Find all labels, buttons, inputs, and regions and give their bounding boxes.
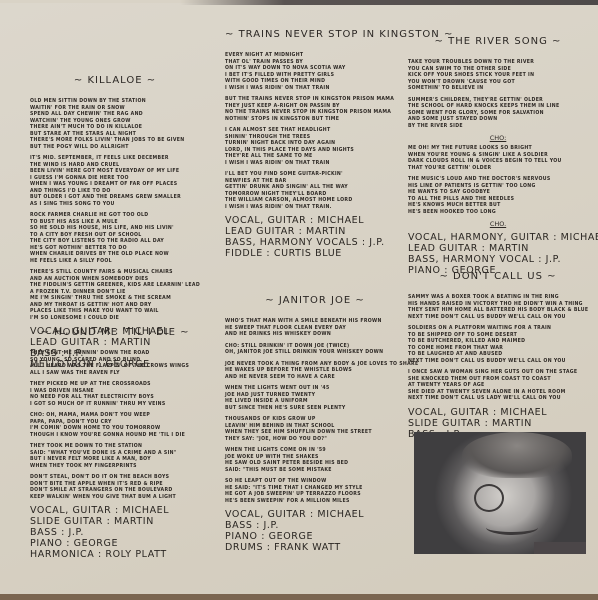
lyric-line: I wish I was ridin' on that train [225, 160, 383, 167]
photo-shirt [534, 542, 586, 554]
lyric-line: He's been hooked too long [408, 209, 566, 216]
song-killaloe: KILLALOEOld men sittin down by the stati… [30, 75, 200, 370]
lyric-line: That you're gettin' older [408, 165, 566, 172]
song-title: DON'T CALL US [408, 271, 588, 282]
credit-line: Drums : Frank Watt [225, 542, 405, 553]
lyric-line: And he never seem to have a care [225, 374, 383, 381]
lyric-line: By the river side [408, 123, 566, 130]
credit-line: Bass, Harmony Vocal : J.P. [408, 254, 588, 265]
song-title: KILLALOE [30, 75, 200, 86]
verse: Cho: Oh, mama, mama don't you weepPapa, … [30, 412, 200, 438]
verse: Rock farmer Charlie he got too oldTo bus… [30, 212, 200, 264]
credit-line: Vocal, Harmony, Guitar : Michael [408, 232, 588, 243]
verse: They took me down to the stationSaid: "W… [30, 443, 200, 469]
credit-line: Bass : J.P. [225, 520, 405, 531]
verse: When the lights went out in '45Joe had j… [225, 385, 405, 411]
lyric-line: I'm so lonesome I could die [30, 315, 180, 322]
lyric-line: Next time don't call us buddy we'll call… [408, 314, 566, 321]
lyric-line: Nothin' stops in Kingston but time [225, 116, 383, 123]
song-title: JANITOR JOE [225, 295, 405, 306]
verse: But the trains never stop in Kingston pr… [225, 96, 405, 122]
credit-line: Slide Guitar : Martin [30, 516, 200, 527]
chorus-label: CHO: [408, 134, 588, 142]
credit-line: Vocal, Guitar : Michael [225, 509, 405, 520]
lyric-line: Next time don't call us lady we'll call … [408, 395, 566, 402]
lyric-line: As I sing this song to you [30, 201, 180, 208]
verse: Me oh! my the future looks so brightWhen… [408, 145, 588, 171]
verse: Sammy was a boxer took a beating in the … [408, 294, 588, 320]
lyrics: Take your troubles down to the riverYou … [408, 59, 588, 228]
credit-line: Vocal, Guitar : Michael [225, 215, 405, 226]
lyric-sheet: KILLALOEOld men sittin down by the stati… [0, 3, 598, 595]
verse: I once saw a woman sing her guts out on … [408, 369, 588, 402]
chorus-label: CHO. [408, 220, 588, 228]
lyric-line: Oh, Janitor Joe still drinkin your whisk… [225, 349, 383, 356]
photo-hair [462, 432, 572, 478]
song-janitor-joe: JANITOR JOEWho's that man with a smile b… [225, 295, 405, 553]
lyric-line: I got so much of it runnin' thru my vein… [30, 401, 180, 408]
verse: When the lights come on in '59Joe woke u… [225, 447, 405, 473]
lyrics: They sent me runnin' down the roadSo you… [30, 350, 200, 500]
verse: They picked me up at the crossroadsI was… [30, 381, 200, 407]
credits: Vocal, Harmony, Guitar : MichaelLead Gui… [408, 232, 588, 276]
artist-photo [414, 432, 586, 554]
verse: Soldiers on a platform waiting for a tra… [408, 325, 588, 364]
verse: They sent me runnin' down the roadSo you… [30, 350, 200, 376]
lyrics: Old men sittin down by the stationWaitin… [30, 98, 200, 321]
verse: Joe never took a thing from any body & J… [225, 361, 405, 381]
credit-line: Lead Guitar : Martin [225, 226, 405, 237]
song-title: TRAINS NEVER STOP IN KINGSTON [225, 29, 405, 40]
lyric-line: I wish I was ridin' on that train. [225, 204, 383, 211]
verse: The music's loud and the doctor's nervou… [408, 176, 588, 215]
song-trains-never-stop-in-kingston: TRAINS NEVER STOP IN KINGSTONEvery night… [225, 29, 405, 259]
lyric-line: They say: "Joe, how do you do?" [225, 436, 383, 443]
lyric-line: And he drinks his whiskey down [225, 331, 383, 338]
verse: Who's that man with a smile beneath his … [225, 318, 405, 338]
verse: Take your troubles down to the riverYou … [408, 59, 588, 92]
photo-glasses [474, 484, 504, 512]
photo-smile [486, 520, 538, 535]
credits: Vocal, Guitar : MichaelLead Guitar : Mar… [225, 215, 405, 259]
lyric-line: He feels like a silly fool [30, 258, 180, 265]
credit-line: Lead Guitar : Martin [408, 243, 588, 254]
credit-line: Slide Guitar : Martin [408, 418, 588, 429]
song-title: THE RIVER SONG [408, 36, 588, 47]
table-edge [0, 594, 598, 600]
lyrics: Every night at midnightThat ol' train pa… [225, 52, 405, 210]
credit-line: Vocal, Guitar : Michael [408, 407, 588, 418]
lyrics: Sammy was a boxer took a beating in the … [408, 294, 588, 402]
lyric-line: Though I know you're gonna hound me 'til… [30, 432, 180, 439]
lyric-line: Keep walkin' when you give that bum a li… [30, 494, 180, 501]
lyric-line: All I saw was the raven fly [30, 370, 180, 377]
top-shadow [180, 0, 598, 5]
credit-line: Fiddle : Curtis Blue [225, 248, 405, 259]
verse: It's mid. September, it feels like Decem… [30, 155, 200, 207]
lyric-line: But the pogy will do allright [30, 144, 180, 151]
verse: I'll bet you find some guitar-pickin'New… [225, 171, 405, 210]
lyric-line: I wish I was ridin' on that train [225, 85, 383, 92]
verse: Summer's children, they're gettin' older… [408, 97, 588, 130]
verse: So he leapt out of the windowHe said: "I… [225, 478, 405, 504]
song-title: HOUND ME 'TIL I DIE [30, 327, 200, 338]
lyric-line: He's been sweepin' for a million miles [225, 498, 383, 505]
credits: Vocal, Guitar : MichaelBass : J.P.Piano … [225, 509, 405, 553]
verse: Every night at midnightThat ol' train pa… [225, 52, 405, 91]
verse: I can almost see that headlightShinin' t… [225, 127, 405, 166]
lyric-line: Said: "This must be some mistake [225, 467, 383, 474]
lyrics: Who's that man with a smile beneath his … [225, 318, 405, 504]
song-dont-call-us: DON'T CALL USSammy was a boxer took a be… [408, 271, 588, 440]
song-the-river-song: THE RIVER SONGTake your troubles down to… [408, 36, 588, 276]
credits: Vocal, Guitar : MichaelSlide Guitar : Ma… [30, 505, 200, 560]
credit-line: Vocal, Guitar : Michael [30, 505, 200, 516]
lyric-line: When they took my fingerprints [30, 463, 180, 470]
song-hound-me-til-i-die: HOUND ME 'TIL I DIEThey sent me runnin' … [30, 327, 200, 560]
verse: Thousands of kids grow upLeavin' him beh… [225, 416, 405, 442]
verse: Old men sittin down by the stationWaitin… [30, 98, 200, 150]
verse: There's still county fairs & musical cha… [30, 269, 200, 321]
credit-line: Bass, Harmony Vocals : J.P. [225, 237, 405, 248]
credit-line: Piano : George [225, 531, 405, 542]
verse: Cho: Still drinkin' it down Joe (twice)O… [225, 343, 405, 356]
lyric-line: Somethin' to believe in [408, 85, 566, 92]
credit-line: Bass : J.P. [30, 527, 200, 538]
credit-line: Piano : George [30, 538, 200, 549]
lyric-line: But since then he's sure seen plenty [225, 405, 383, 412]
verse: Don't steal, don't do it on the beach bo… [30, 474, 200, 500]
credit-line: Harmonica : Roly Platt [30, 549, 200, 560]
lyric-line: Next time don't call us buddy we'll call… [408, 358, 566, 365]
